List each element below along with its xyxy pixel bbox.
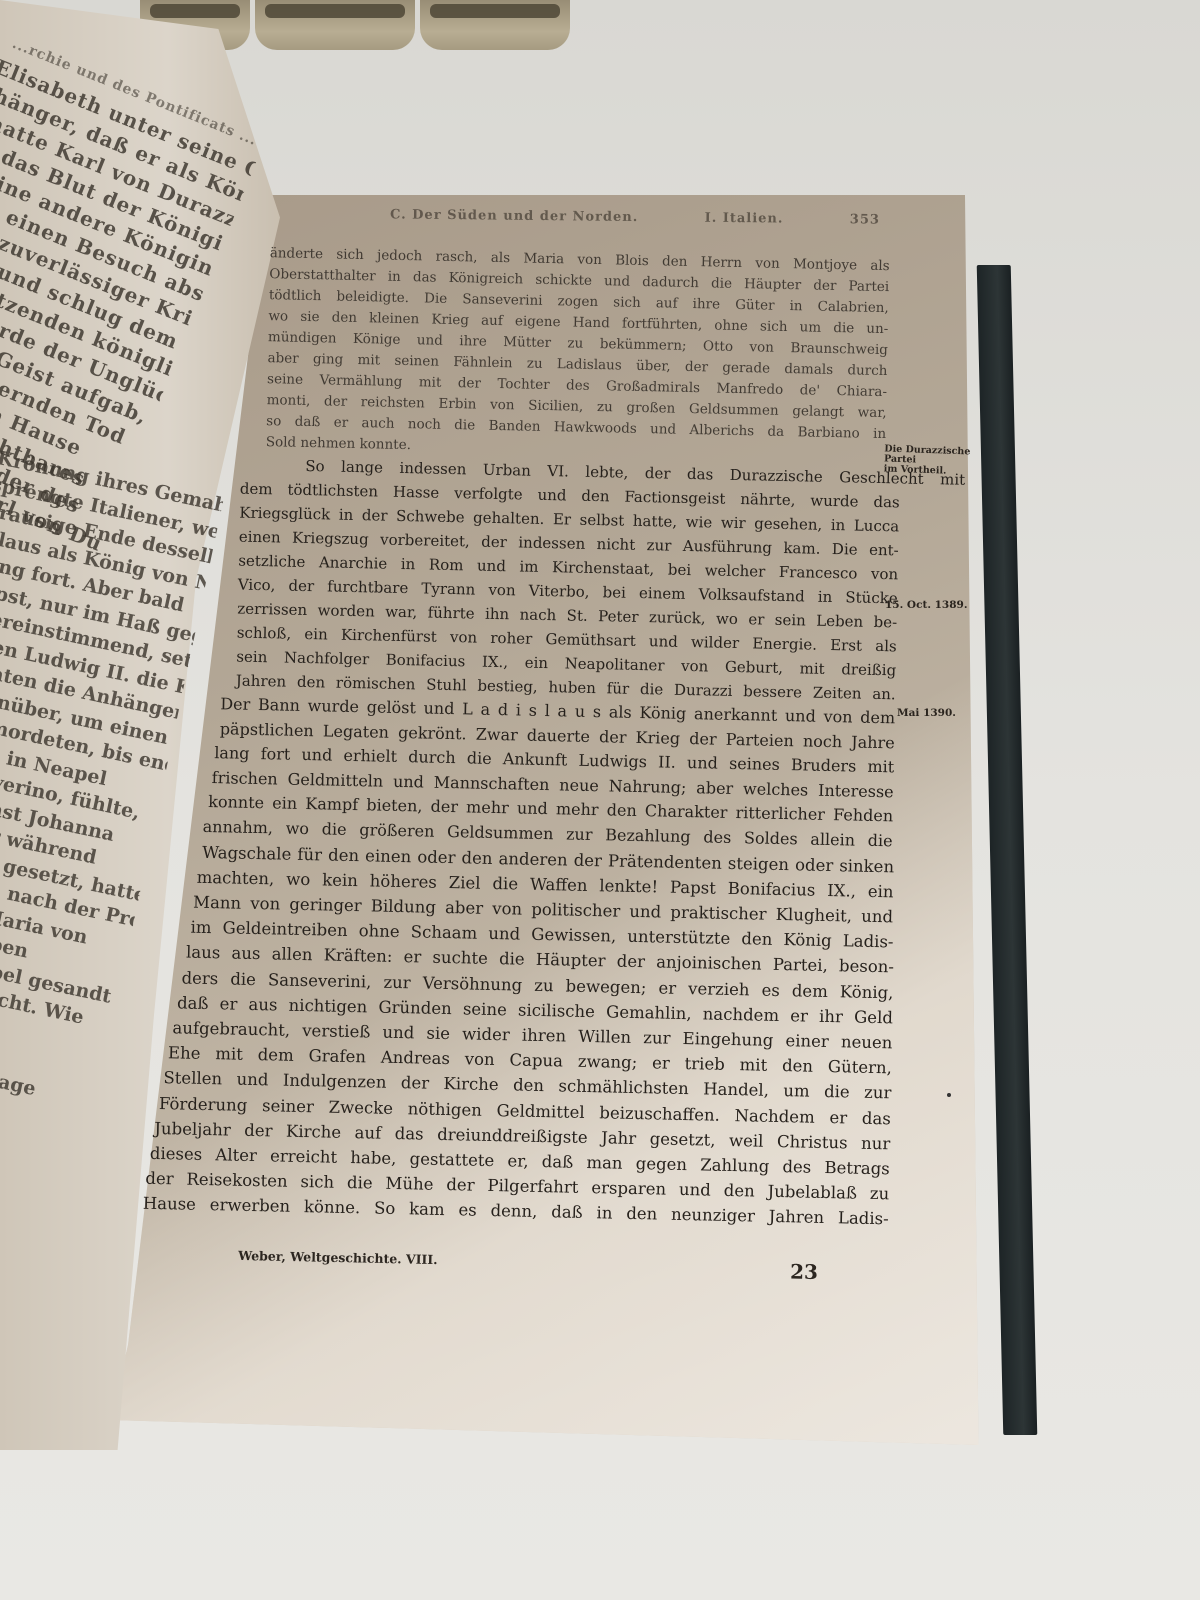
- body-text: änderte sich jedoch rasch, als Maria von…: [195, 242, 905, 1232]
- rolled-object: [255, 0, 415, 50]
- margin-note-date-1390: Mai 1390.: [897, 708, 956, 718]
- margin-note-date-1389: 15. Oct. 1389.: [885, 600, 968, 610]
- margin-note-parties: Die Durazzische Partei im Vortheil.: [884, 444, 975, 477]
- rolled-object: [420, 0, 570, 50]
- book-signature: Weber, Weltgeschichte. VIII.: [238, 1248, 438, 1276]
- chapter-title: I. Italien.: [705, 211, 784, 227]
- book-cover-edge: [977, 265, 1038, 1435]
- sheet-number: 23: [790, 1259, 818, 1284]
- section-title: C. Der Süden und der Norden.: [390, 207, 638, 225]
- page-number: 353: [850, 212, 880, 227]
- speck: [947, 1093, 951, 1097]
